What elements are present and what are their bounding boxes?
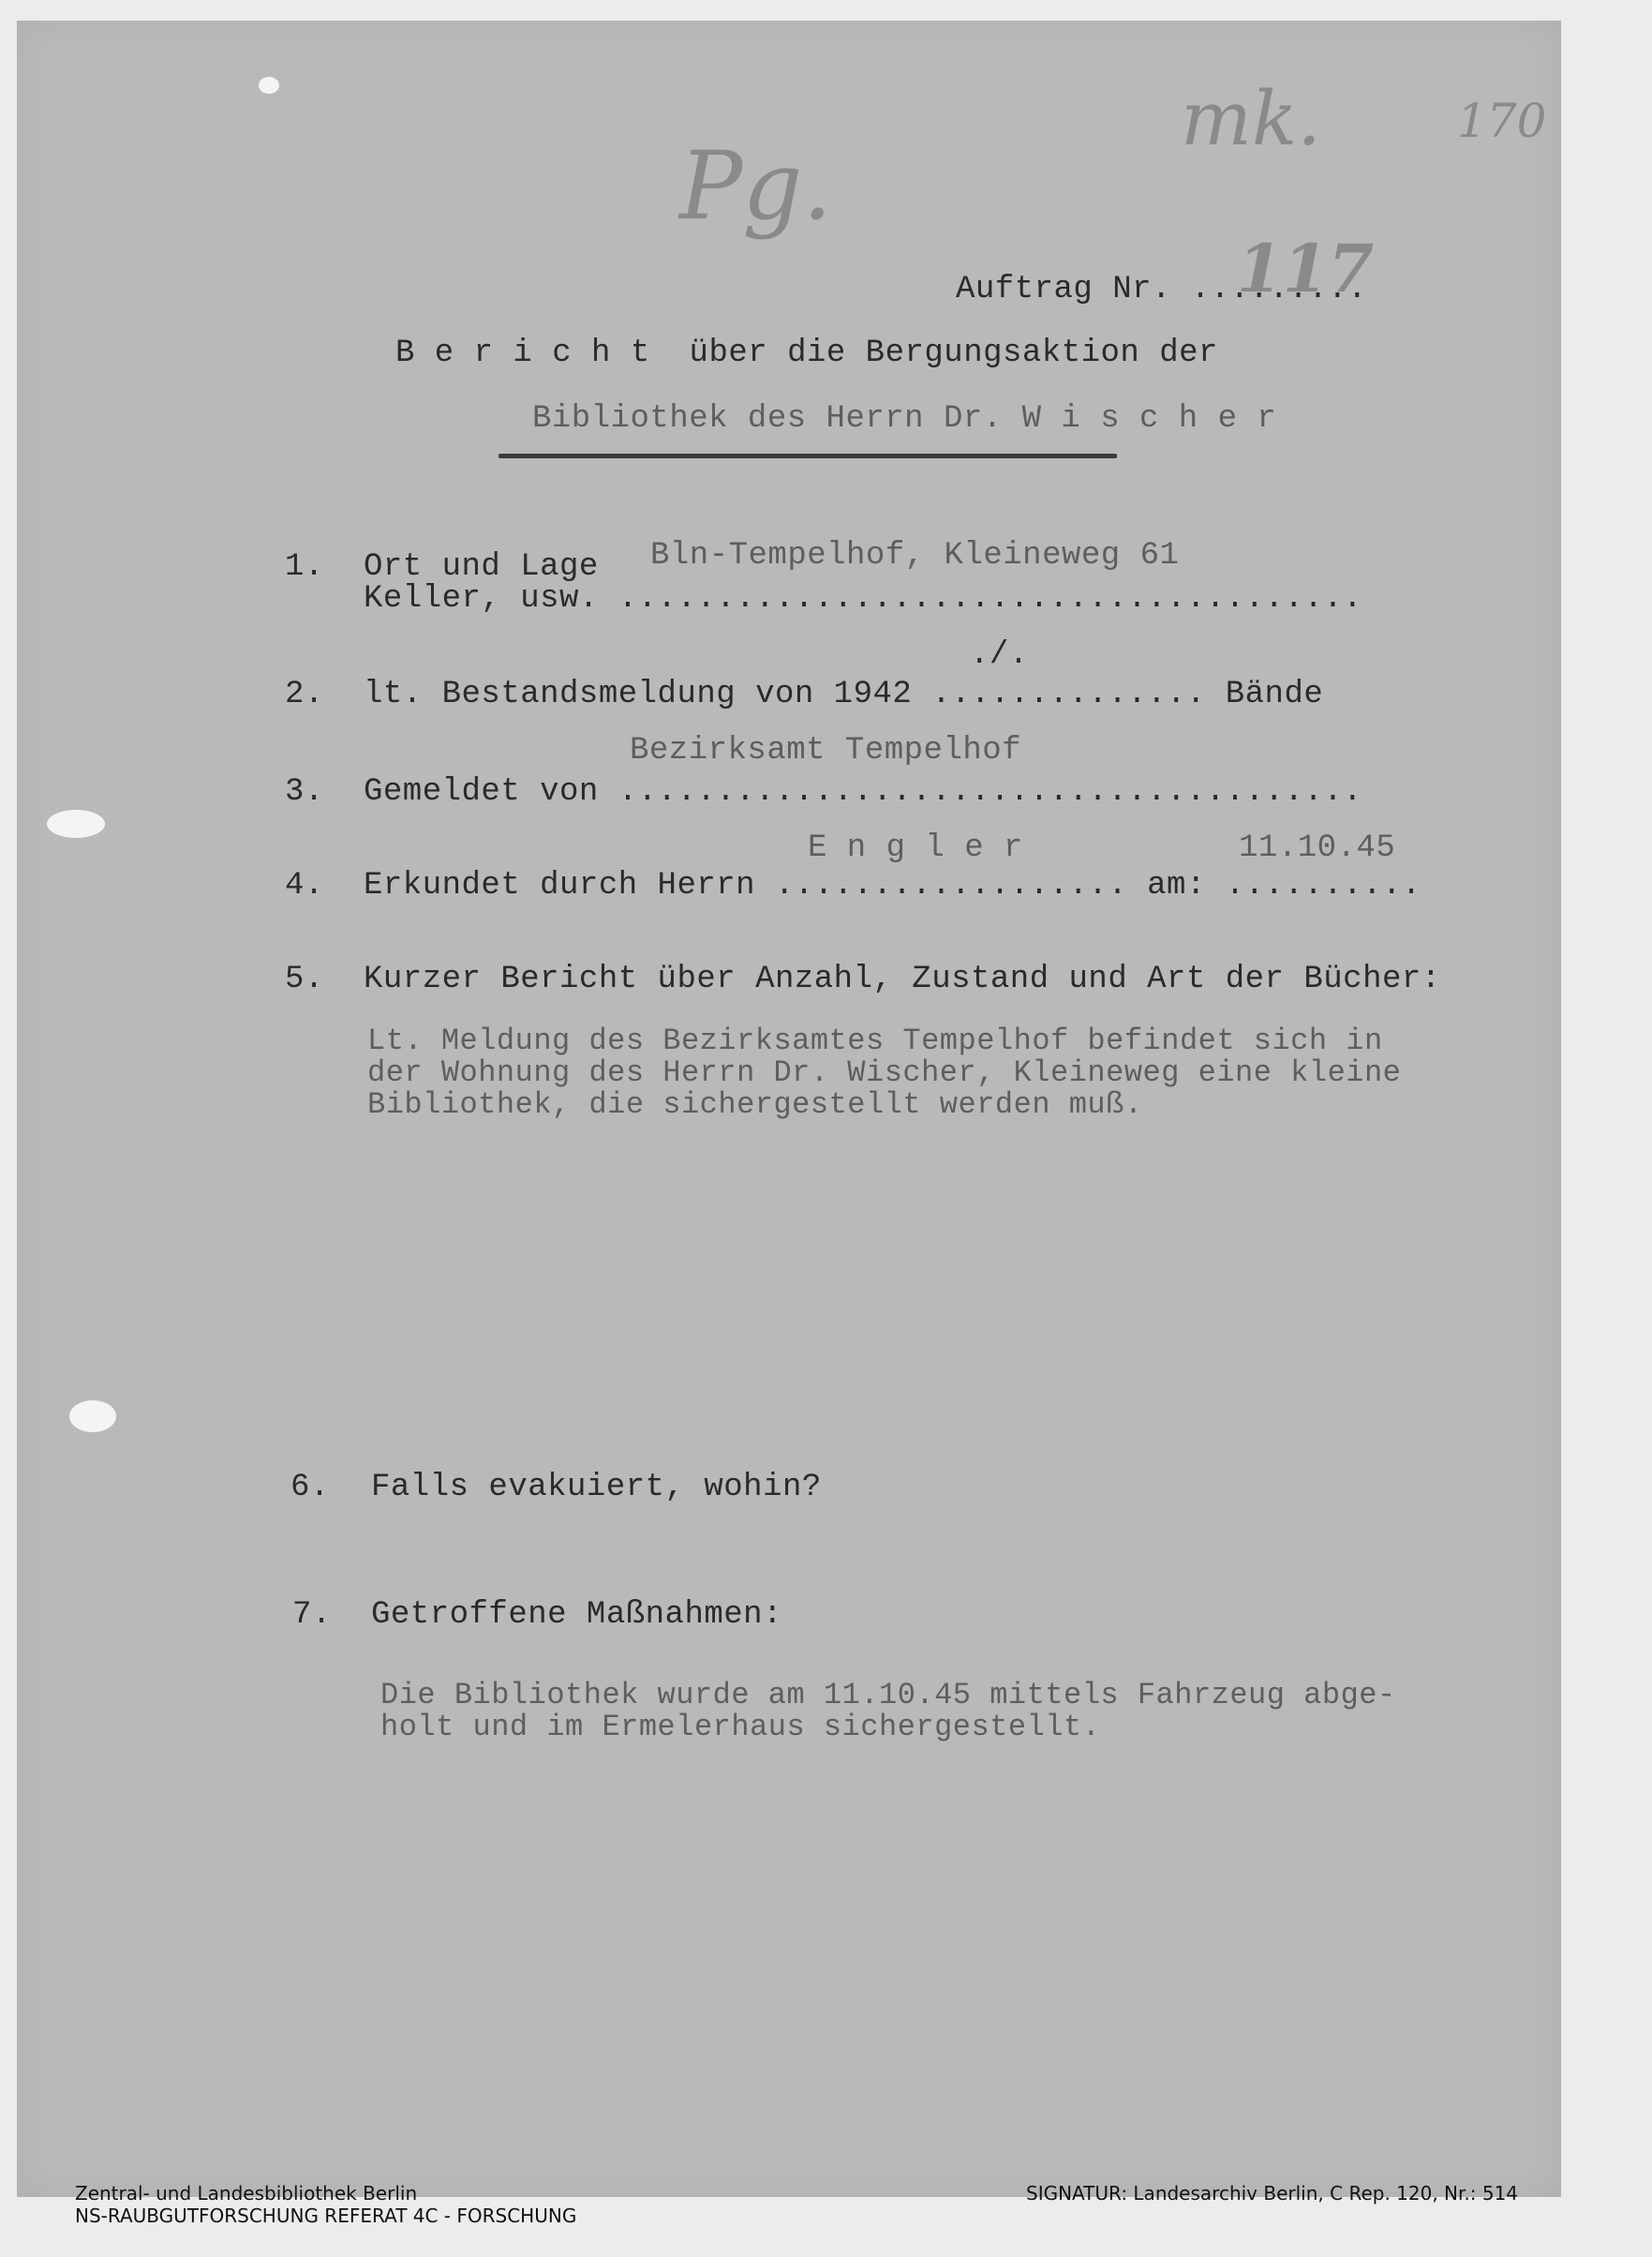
item-number-2: 2.	[285, 677, 324, 712]
footer-institution: Zentral- und Landesbibliothek Berlin	[75, 2182, 417, 2205]
report-text-line: der Wohnung des Herrn Dr. Wischer, Klein…	[367, 1055, 1401, 1090]
handwritten-page-number: 170	[1457, 94, 1546, 148]
item-number-7: 7.	[292, 1597, 332, 1633]
title-underline	[499, 454, 1117, 458]
item-label-5: Kurzer Bericht über Anzahl, Zustand und …	[364, 962, 1441, 997]
handwritten-mark: Pg.	[679, 131, 832, 241]
item-label-6: Falls evakuiert, wohin?	[371, 1470, 822, 1505]
item-label-2: lt. Bestandsmeldung von 1942 ...........…	[364, 677, 1323, 712]
item-value-location: Bln-Tempelhof, Kleineweg 61	[650, 538, 1179, 574]
item-value-volumes: ./.	[970, 637, 1029, 673]
report-text-line: Bibliothek, die sichergestellt werden mu…	[367, 1087, 1143, 1122]
measures-text-line: Die Bibliothek wurde am 11.10.45 mittels…	[380, 1678, 1396, 1712]
item-label-4: Erkundet durch Herrn .................. …	[364, 868, 1421, 904]
item-value-reported-by: Bezirksamt Tempelhof	[630, 733, 1021, 769]
measures-text-line: holt und im Ermelerhaus sichergestellt.	[380, 1710, 1100, 1744]
item-number-4: 4.	[285, 868, 324, 904]
report-title: B e r i c h t über die Bergungsaktion de…	[395, 336, 1218, 371]
item-value-date: 11.10.45	[1239, 830, 1395, 866]
report-text-line: Lt. Meldung des Bezirksamtes Tempelhof b…	[367, 1024, 1383, 1058]
footer-signature: SIGNATUR: Landesarchiv Berlin, C Rep. 12…	[1026, 2182, 1518, 2205]
item-label-7: Getroffene Maßnahmen:	[371, 1597, 782, 1633]
item-number-1: 1.	[285, 549, 324, 585]
paper-damage	[259, 77, 279, 94]
order-label: Auftrag Nr. .........	[956, 272, 1367, 307]
item-label-1b: Keller, usw. ...........................…	[364, 581, 1362, 617]
item-label-3: Gemeldet von ...........................…	[364, 774, 1362, 810]
item-value-investigator: E n g l e r	[808, 830, 1023, 866]
handwritten-initials: mk.	[1181, 75, 1321, 162]
punch-hole	[47, 810, 105, 838]
punch-hole	[69, 1400, 116, 1432]
item-number-5: 5.	[285, 962, 324, 997]
item-number-6: 6.	[290, 1470, 330, 1505]
footer-department: NS-RAUBGUTFORSCHUNG REFERAT 4C - FORSCHU…	[75, 2205, 576, 2227]
library-title: Bibliothek des Herrn Dr. W i s c h e r	[532, 401, 1276, 437]
item-number-3: 3.	[285, 774, 324, 810]
item-label-1: Ort und Lage	[364, 549, 599, 585]
